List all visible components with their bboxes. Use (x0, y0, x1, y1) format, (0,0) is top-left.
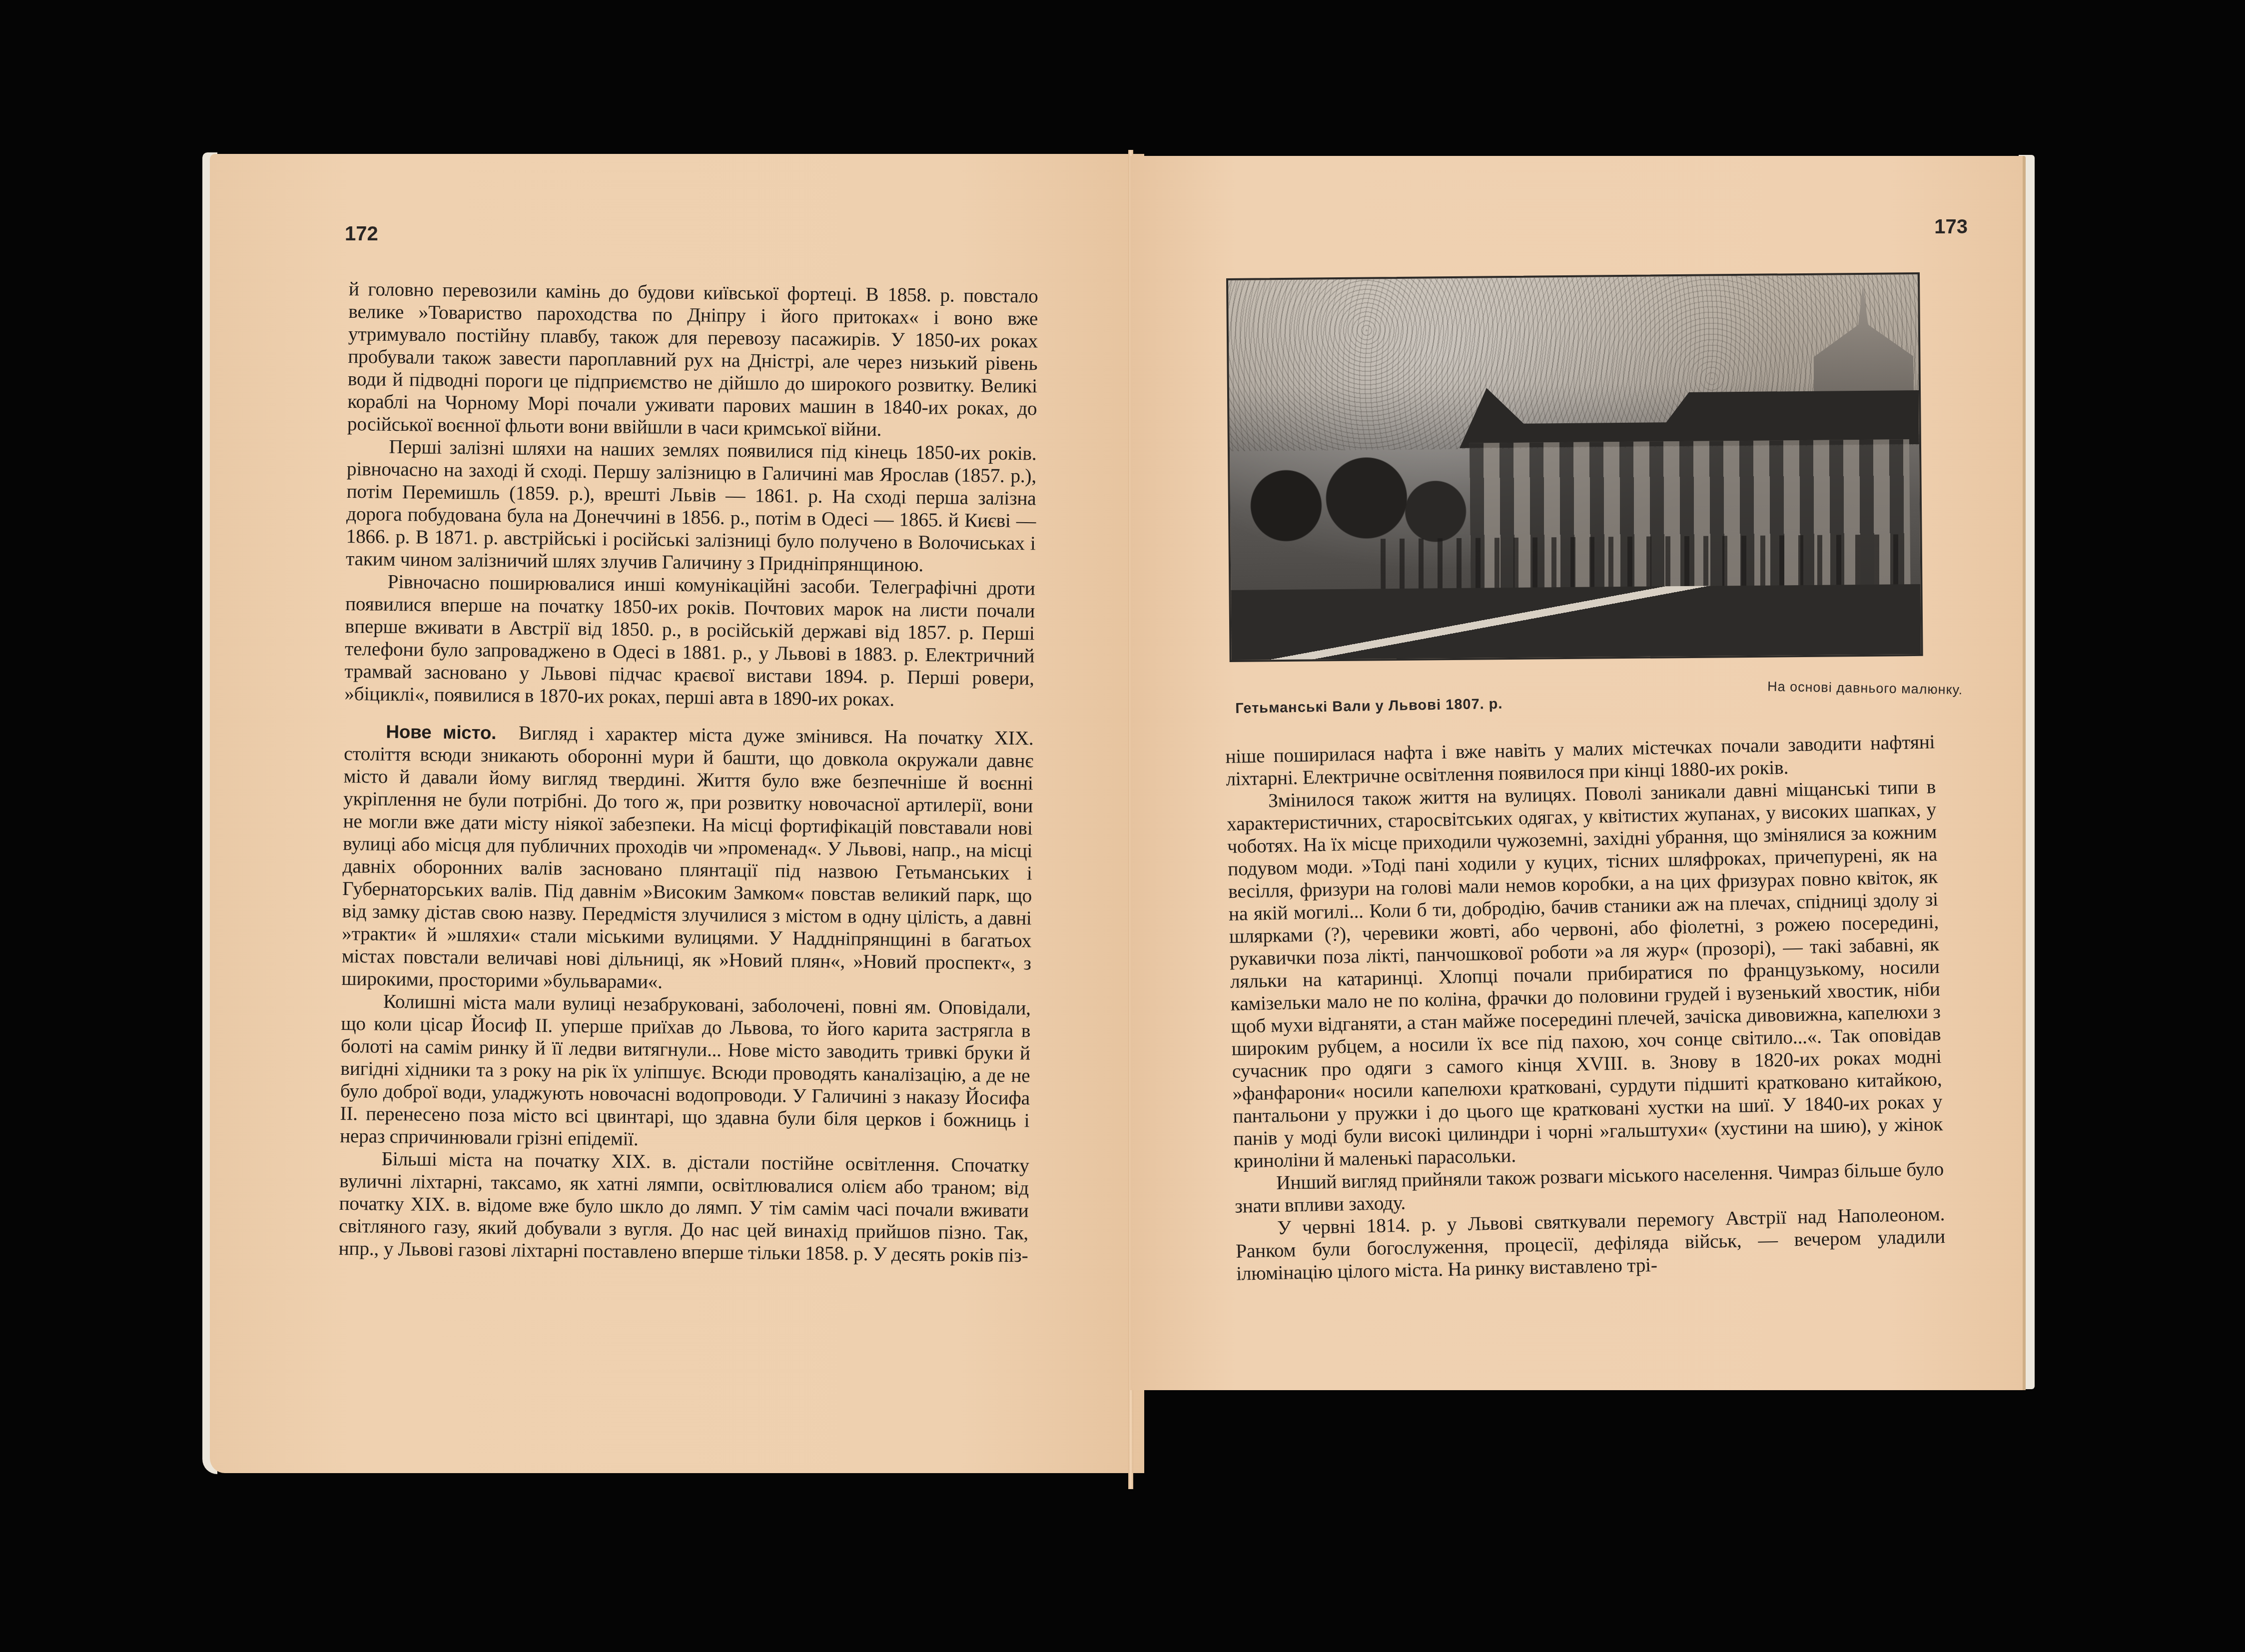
book-spread: 172 й головно перевозили камінь до будов… (0, 0, 2245, 1652)
page-number: 173 (1934, 216, 1968, 238)
paragraph: У червні 1814. р. у Львові святкували пе… (1235, 1203, 1946, 1285)
right-page: 173 На основі давнього малюнку. Гетьманс… (1130, 156, 2026, 1390)
left-page-body: й головно перевозили камінь до будови ки… (338, 278, 1038, 1267)
paragraph: Більші міста на початку XIX. в. дістали … (338, 1147, 1029, 1267)
section-heading: Нове місто. (386, 722, 496, 743)
paragraph: Рівночасно поширювалися инші комунікацій… (344, 570, 1035, 712)
figure-caption: Гетьманські Вали у Львові 1807. р. (1235, 696, 1503, 717)
engraving-illustration (1226, 272, 1923, 662)
paragraph: Колишні міста мали вулиці незабруковані,… (340, 990, 1031, 1154)
page-number: 172 (345, 223, 378, 245)
right-page-body: ніше поширилася нафта і вже навіть у мал… (1225, 731, 1946, 1285)
paragraph: Перші залізні шляхи на наших землях появ… (346, 435, 1037, 577)
paragraph-text: Вигляд і характер міста дуже змінився. Н… (341, 722, 1034, 993)
section-paragraph: Нове місто. Вигляд і характер міста дуже… (341, 720, 1034, 997)
illustration-ground (1231, 584, 1921, 660)
paragraph: й головно перевозили камінь до будови ки… (347, 278, 1038, 442)
paragraph: Змінилося також життя на вулицях. Поволі… (1226, 776, 1944, 1173)
left-page: 172 й головно перевозили камінь до будов… (210, 154, 1144, 1473)
figure-credit: На основі давнього малюнку. (1767, 679, 1963, 698)
